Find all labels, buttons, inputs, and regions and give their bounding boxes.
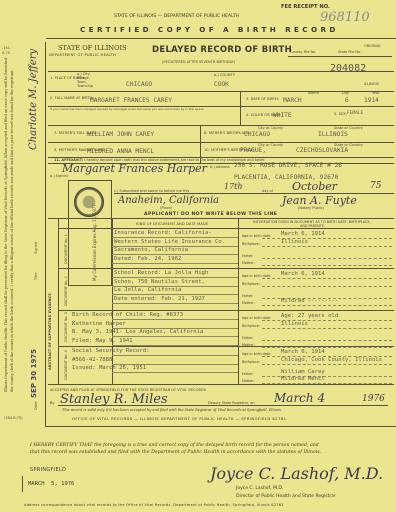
dob-month: MARCH <box>283 97 302 104</box>
month-label: Month <box>308 91 319 95</box>
father-label: Father: <box>242 254 253 258</box>
row-divider <box>48 71 394 72</box>
notary-commission: My Commission Expires Aug. 11, 1977 <box>93 204 97 281</box>
evidence-left-border <box>58 218 59 384</box>
notary-seal-emblem <box>74 187 104 217</box>
cert-date: MARCH 5, 1976 <box>28 481 74 487</box>
notary-seal: My Commission Expires Aug. 11, 1977 <box>68 180 112 286</box>
father-label: Father: <box>242 294 253 298</box>
document-number-label: DOCUMENT No. 3 <box>64 312 68 342</box>
document-divider <box>58 310 394 311</box>
mother-label: Mother: <box>242 301 255 305</box>
line-rule <box>262 246 392 247</box>
by-label: By <box>50 401 54 405</box>
document-number-label: DOCUMENT No. 1 <box>64 234 68 264</box>
form-code: (384-6-75) <box>4 416 23 420</box>
filed-year: 1976 <box>362 394 385 404</box>
birth-state: ILLINOIS <box>364 82 379 86</box>
father-value: William Carey <box>281 369 325 375</box>
director-title: Director of Public Health and State Regi… <box>236 494 336 499</box>
line-rule <box>262 278 392 279</box>
applicant-signature: Margaret Frances Harper <box>62 162 207 175</box>
color-value: WHITE <box>273 112 292 119</box>
line-rule <box>112 319 238 320</box>
signature-line <box>58 405 388 406</box>
fee-receipt-number: 968110 <box>320 10 370 25</box>
full-name: MARGARET FRANCES CAREY <box>90 97 172 104</box>
evidence-header-line <box>58 228 394 229</box>
line-rule <box>112 263 238 264</box>
birthplace-label: Birthplace: <box>242 282 260 286</box>
document-description-line: Social Security Record: <box>72 348 149 354</box>
birthplace-value: Illinois <box>281 321 308 327</box>
document-description-line: Schoo, 750 Nautilus Street, <box>114 279 205 285</box>
mother-birth-city: PRAGUE, <box>240 147 266 154</box>
document-description-line: Date entered: Feb. 21, 1927 <box>114 296 205 302</box>
subtitle: (REGISTERED AFTER SEVENTH BIRTHDAY) <box>162 60 235 64</box>
father-label: Father: <box>242 372 253 376</box>
document-description-line: Birth Record of Child: Reg. #8373 <box>72 312 183 318</box>
document-description-line: B. May 3, 1941- Los Angeles, California <box>72 329 203 335</box>
line-rule <box>262 265 392 266</box>
mother-value: Mildred --------- <box>281 298 338 304</box>
mother-label: Mother: <box>242 379 255 383</box>
birthplace-label: Birthplace: <box>242 360 260 364</box>
date-bracket <box>22 476 23 492</box>
notary-label: (Notary Public) <box>298 206 324 210</box>
director-name: Joyce C. Lashof, M.D. <box>236 486 283 491</box>
state-country-label: State or Country <box>334 126 363 130</box>
margin-initials-signature: Charlotte M. Jeffery <box>28 49 39 150</box>
line-rule <box>262 347 392 348</box>
day-label: Day <box>342 91 349 95</box>
dob-year: 1914 <box>364 97 379 104</box>
form-state: STATE OF ILLINOIS <box>58 44 127 52</box>
dob-day: 6 <box>345 97 349 104</box>
do-not-write-notice: APPLICANT! DO NOT WRITE BELOW THIS LINE <box>144 212 277 217</box>
filed-date: March 4 <box>274 391 325 405</box>
col-divider <box>240 91 241 125</box>
father-birth-city: CHICAGO <box>244 131 270 138</box>
sworn-year: 75 <box>370 181 381 191</box>
form-department: DEPARTMENT OF PUBLIC HEALTH <box>49 53 116 57</box>
father-label: Father: <box>242 336 253 340</box>
document-description-line: Sacramento, California <box>114 247 188 253</box>
age-value: March 6, 1914 <box>281 231 325 237</box>
line-rule <box>262 258 392 259</box>
applicant-divider <box>48 218 394 219</box>
margin-signed-label: Signed <box>34 242 38 254</box>
document-description-line: La Jolla, California <box>114 287 181 293</box>
record-title: DELAYED RECORD OF BIRTH <box>152 45 292 55</box>
document-divider <box>58 268 394 269</box>
birthplace-label: Birthplace: <box>242 242 260 246</box>
document-number-label: DOCUMENT No. 4 <box>64 350 68 380</box>
state-file-number: 204082 <box>330 63 366 74</box>
director-signature: Joyce C. Lashof, M.D. <box>210 464 383 483</box>
year-label: Year <box>372 91 379 95</box>
sworn-day: 17th <box>224 182 243 191</box>
certify-line2: that this record was established and fil… <box>30 450 321 455</box>
place-sworn: Anaheim, California <box>118 195 219 206</box>
cert-city: SPRINGFIELD <box>30 467 66 473</box>
birthplace-value: Chicago, Cook County, Illinois <box>281 357 382 363</box>
agency-header: STATE OF ILLINOIS — DEPARTMENT OF PUBLIC… <box>114 14 239 19</box>
birthplace-value: Illinois <box>281 239 308 245</box>
margin-title-label: Title <box>34 272 38 280</box>
line-rule <box>112 372 238 373</box>
left-margin-instructions: Illinois Department of Public Health. Th… <box>4 52 15 392</box>
father-birthplace-label: 8. FATHER'S BIRTHPLACE: <box>204 131 250 135</box>
sex-value: FEMALE <box>347 111 363 116</box>
file-no-line <box>288 56 392 57</box>
birth-city: CHICAGO <box>126 81 152 88</box>
father-name: WILLIAM JOHN CAREY <box>87 131 154 138</box>
date-stamp: SEP 30 1975 <box>30 349 38 398</box>
age-value: March 6, 1914 <box>281 271 325 277</box>
mother-value: Mildred Mencl <box>281 376 325 382</box>
document-description-line: #566-42-7888 <box>72 357 112 363</box>
document-title: CERTIFIED COPY OF A BIRTH RECORD <box>80 25 339 34</box>
line-rule <box>262 340 392 341</box>
form-left-border <box>45 42 46 427</box>
address-label: b.) Address <box>210 165 230 169</box>
col-info-header: INFORMATION GIVEN IN DOCUMENT AS TO BIRT… <box>250 220 374 228</box>
name-change-note: If your name has been changed (except by… <box>50 107 238 111</box>
footer-address: Address correspondence about vital recor… <box>24 503 284 507</box>
place-label: (Place) <box>160 206 172 210</box>
age-value: Age: 27 years old <box>281 313 338 319</box>
sworn-month: October <box>292 180 337 193</box>
original-label: ORIGINAL <box>364 44 381 48</box>
form-top-border <box>46 38 396 39</box>
document-number-label: DOCUMENT No. 2 <box>64 276 68 306</box>
city-type-label: a.) City, Village, Town, Township <box>77 72 99 88</box>
evidence-section-label: ABSTRACT OF SUPPORTING EVIDENCE <box>48 293 52 370</box>
father-birth-state: ILLINOIS <box>318 131 348 138</box>
line-rule <box>262 305 392 306</box>
city-county-label: City or County <box>258 126 283 130</box>
document-divider <box>58 346 394 347</box>
valid-note: This record is valid only if it has been… <box>62 408 282 412</box>
address-line1: 250 S. ROSE DRIVE, SPACE # 26 <box>234 162 342 169</box>
full-name-label: 2. FULL NAME AT BIRTH: <box>50 96 93 100</box>
county-label: b.) COUNTY <box>214 73 235 77</box>
line-rule <box>262 286 392 287</box>
line-rule <box>112 355 238 356</box>
document-description-line: Dated: Feb. 24, 1962 <box>114 256 181 262</box>
document-description-line: Filed: May 9, 1941 <box>72 338 133 344</box>
dob-label: 3. DATE OF BIRTH: <box>246 97 279 101</box>
mother-name: MILDRED ANNA MENCL <box>87 148 154 155</box>
birth-county: COOK <box>214 81 229 88</box>
document-description-line: Western States Life Insurance Co. <box>114 239 225 245</box>
mother-label: Mother: <box>242 261 255 265</box>
state-file-label: State File No. <box>338 50 361 54</box>
mother-birth-country: CZECHOSLOVAKIA <box>296 147 348 154</box>
document-description-line: School Record: La Jolla High <box>114 270 208 276</box>
line-rule <box>262 364 392 365</box>
line-rule <box>262 328 392 329</box>
office-line: OFFICE OF VITAL RECORDS — ILLINOIS DEPAR… <box>72 416 286 421</box>
birthplace-label: Birthplace: <box>242 324 260 328</box>
form-number: -141 <box>2 46 10 50</box>
margin-date-label: Date <box>34 402 38 410</box>
form-bottom-border <box>46 426 396 427</box>
evidence-bottom-border <box>48 384 394 385</box>
line-rule <box>112 303 238 304</box>
col-divider <box>238 218 239 384</box>
document-description-line: Insurance Record: California- <box>114 230 212 236</box>
sex-label: 5. SEX: <box>334 112 347 116</box>
document-description-line: Issued: March 26, 1951 <box>72 365 146 371</box>
age-value: March 6, 1914 <box>281 349 325 355</box>
county-file-label: County File No. <box>290 50 316 54</box>
certify-line1: I HEREBY CERTIFY THAT the foregoing is a… <box>30 443 319 448</box>
col-kind-header: KIND OF DOCUMENT AND DATE MADE <box>136 222 208 226</box>
document-description-line: Katherine Harper <box>72 321 126 327</box>
